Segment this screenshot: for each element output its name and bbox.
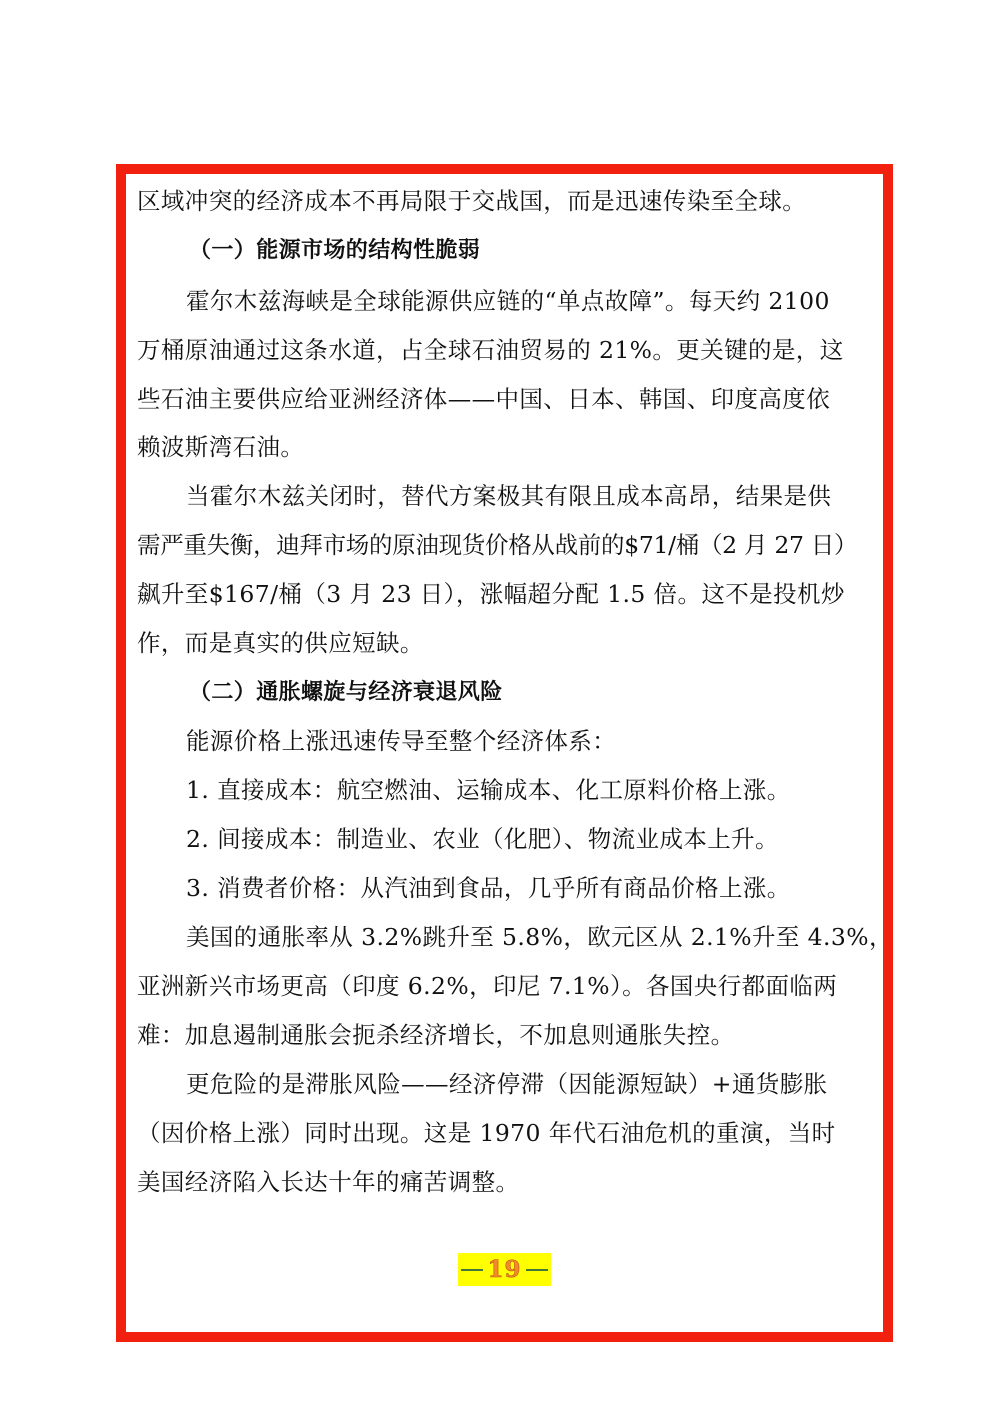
section-heading: （二）通胀螺旋与经济衰退风险 xyxy=(189,677,503,707)
page-number-badge: 19 xyxy=(458,1253,551,1286)
paragraph-line: 赖波斯湾石油。 xyxy=(137,432,304,462)
paragraph-line: 美国经济陷入长达十年的痛苦调整。 xyxy=(137,1167,519,1197)
paragraph-line: （因价格上涨）同时出现。这是 1970 年代石油危机的重演，当时 xyxy=(137,1118,836,1148)
dash-left-decoration xyxy=(461,1269,483,1271)
paragraph-line: 更危险的是滞胀风险——经济停滞（因能源短缺）+通货膨胀 xyxy=(186,1069,828,1099)
list-item: 1. 直接成本：航空燃油、运输成本、化工原料价格上涨。 xyxy=(186,775,791,805)
paragraph-line: 美国的通胀率从 3.2%跳升至 5.8%，欧元区从 2.1%升至 4.3%， xyxy=(186,922,893,952)
paragraph-line: 区域冲突的经济成本不再局限于交战国，而是迅速传染至全球。 xyxy=(137,186,806,216)
paragraph-line: 需严重失衡，迪拜市场的原油现货价格从战前的$71/桶（2 月 27 日） xyxy=(137,530,857,560)
paragraph-line: 难：加息遏制通胀会扼杀经济增长，不加息则通胀失控。 xyxy=(137,1020,735,1050)
list-item: 2. 间接成本：制造业、农业（化肥）、物流业成本上升。 xyxy=(186,824,779,854)
page-number: 19 xyxy=(487,1256,521,1283)
list-item: 3. 消费者价格：从汽油到食品，几乎所有商品价格上涨。 xyxy=(186,873,791,903)
paragraph-line: 霍尔木兹海峡是全球能源供应链的“单点故障”。每天约 2100 xyxy=(186,286,830,316)
paragraph-line: 能源价格上涨迅速传导至整个经济体系： xyxy=(186,726,616,756)
paragraph-line: 作，而是真实的供应短缺。 xyxy=(137,628,424,658)
paragraph-line: 当霍尔木兹关闭时，替代方案极其有限且成本高昂，结果是供 xyxy=(186,481,831,511)
paragraph-line: 些石油主要供应给亚洲经济体——中国、日本、韩国、印度高度依 xyxy=(137,384,830,414)
paragraph-line: 亚洲新兴市场更高（印度 6.2%，印尼 7.1%）。各国央行都面临两 xyxy=(137,971,837,1001)
section-heading: （一）能源市场的结构性脆弱 xyxy=(189,235,480,265)
paragraph-line: 飙升至$167/桶（3 月 23 日），涨幅超分配 1.5 倍。这不是投机炒 xyxy=(137,579,845,609)
paragraph-line: 万桶原油通过这条水道，占全球石油贸易的 21%。更关键的是，这 xyxy=(137,335,844,365)
dash-right-decoration xyxy=(526,1269,548,1271)
